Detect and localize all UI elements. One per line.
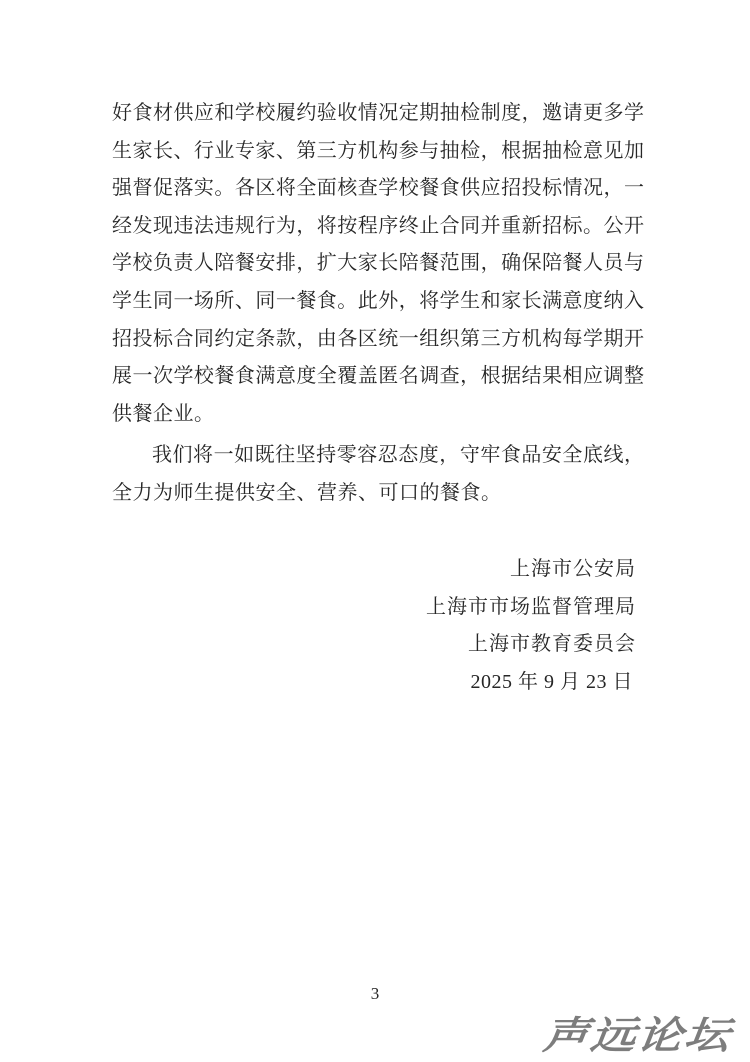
document-page: 好食材供应和学校履约验收情况定期抽检制度，邀请更多学 生家长、行业专家、第三方机… bbox=[0, 0, 750, 1062]
body-line: 全力为师生提供安全、营养、可口的餐食。 bbox=[112, 475, 644, 513]
body-line: 经发现违法违规行为，将按程序终止合同并重新招标。公开 bbox=[112, 208, 644, 246]
page-number: 3 bbox=[0, 984, 750, 1004]
body-line: 学生同一场所、同一餐食。此外，将学生和家长满意度纳入 bbox=[112, 283, 644, 321]
body-line: 招投标合同约定条款，由各区统一组织第三方机构每学期开 bbox=[112, 321, 644, 359]
body-line: 强督促落实。各区将全面核查学校餐食供应招投标情况，一 bbox=[112, 170, 644, 208]
watermark-logo: 声远论坛 bbox=[541, 1014, 746, 1058]
paragraph-continuation: 好食材供应和学校履约验收情况定期抽检制度，邀请更多学 生家长、行业专家、第三方机… bbox=[112, 95, 644, 433]
body-line: 供餐企业。 bbox=[112, 396, 644, 434]
paragraph-closing: 我们将一如既往坚持零容忍态度，守牢食品安全底线， 全力为师生提供安全、营养、可口… bbox=[112, 437, 644, 512]
signature-block: 上海市公安局 上海市市场监督管理局 上海市教育委员会 2025 年 9 月 23… bbox=[426, 551, 636, 701]
body-line: 展一次学校餐食满意度全覆盖匿名调查，根据结果相应调整 bbox=[112, 358, 644, 396]
signing-agency: 上海市公安局 bbox=[426, 551, 636, 589]
body-line: 生家长、行业专家、第三方机构参与抽检，根据抽检意见加 bbox=[112, 133, 644, 171]
signing-agency: 上海市教育委员会 bbox=[426, 626, 636, 664]
body-line: 学校负责人陪餐安排，扩大家长陪餐范围，确保陪餐人员与 bbox=[112, 245, 644, 283]
signature-date: 2025 年 9 月 23 日 bbox=[426, 664, 636, 702]
signing-agency: 上海市市场监督管理局 bbox=[426, 589, 636, 627]
document-body: 好食材供应和学校履约验收情况定期抽检制度，邀请更多学 生家长、行业专家、第三方机… bbox=[112, 95, 644, 513]
body-line: 好食材供应和学校履约验收情况定期抽检制度，邀请更多学 bbox=[112, 95, 644, 133]
body-line: 我们将一如既往坚持零容忍态度，守牢食品安全底线， bbox=[112, 437, 644, 475]
